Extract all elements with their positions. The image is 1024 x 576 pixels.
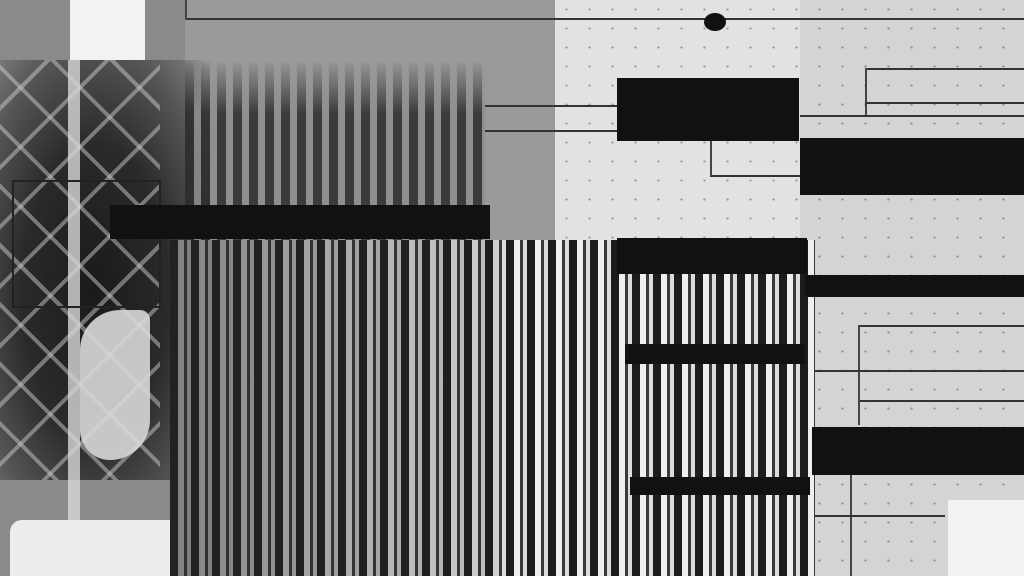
- black-bar-left: [110, 205, 490, 239]
- white-brush-shape: [80, 310, 150, 460]
- grid-line: [860, 400, 1024, 402]
- grid-line: [485, 130, 620, 132]
- black-dot: [704, 13, 726, 31]
- grid-line: [865, 68, 867, 116]
- black-bar-middle: [617, 238, 807, 274]
- artwork-canvas: [0, 0, 1024, 576]
- grid-line: [865, 102, 1024, 104]
- black-bar-stripe-2: [630, 477, 810, 495]
- black-bar-right-lower: [812, 427, 1024, 475]
- black-bar-right-mid: [805, 275, 1024, 297]
- grid-line: [815, 515, 945, 517]
- white-vertical-stroke: [68, 60, 80, 560]
- grid-line: [185, 0, 187, 20]
- rectangular-frame: [12, 180, 161, 308]
- top-white-patch: [70, 0, 145, 60]
- top-grid-line: [185, 18, 1024, 20]
- grid-line: [858, 325, 860, 425]
- stripes-shadow: [170, 240, 500, 576]
- black-bar-stripe-1: [625, 344, 805, 364]
- black-bar-top: [617, 78, 799, 141]
- bottom-right-white-patch: [948, 500, 1024, 576]
- grid-line: [860, 325, 1024, 327]
- grid-line: [865, 68, 1024, 70]
- grid-line: [485, 105, 620, 107]
- grid-line: [710, 175, 800, 177]
- grid-line: [815, 370, 1024, 372]
- grid-line: [850, 475, 852, 576]
- grid-line: [800, 115, 1024, 117]
- grid-line: [710, 140, 712, 176]
- black-bar-right-upper: [800, 138, 1024, 195]
